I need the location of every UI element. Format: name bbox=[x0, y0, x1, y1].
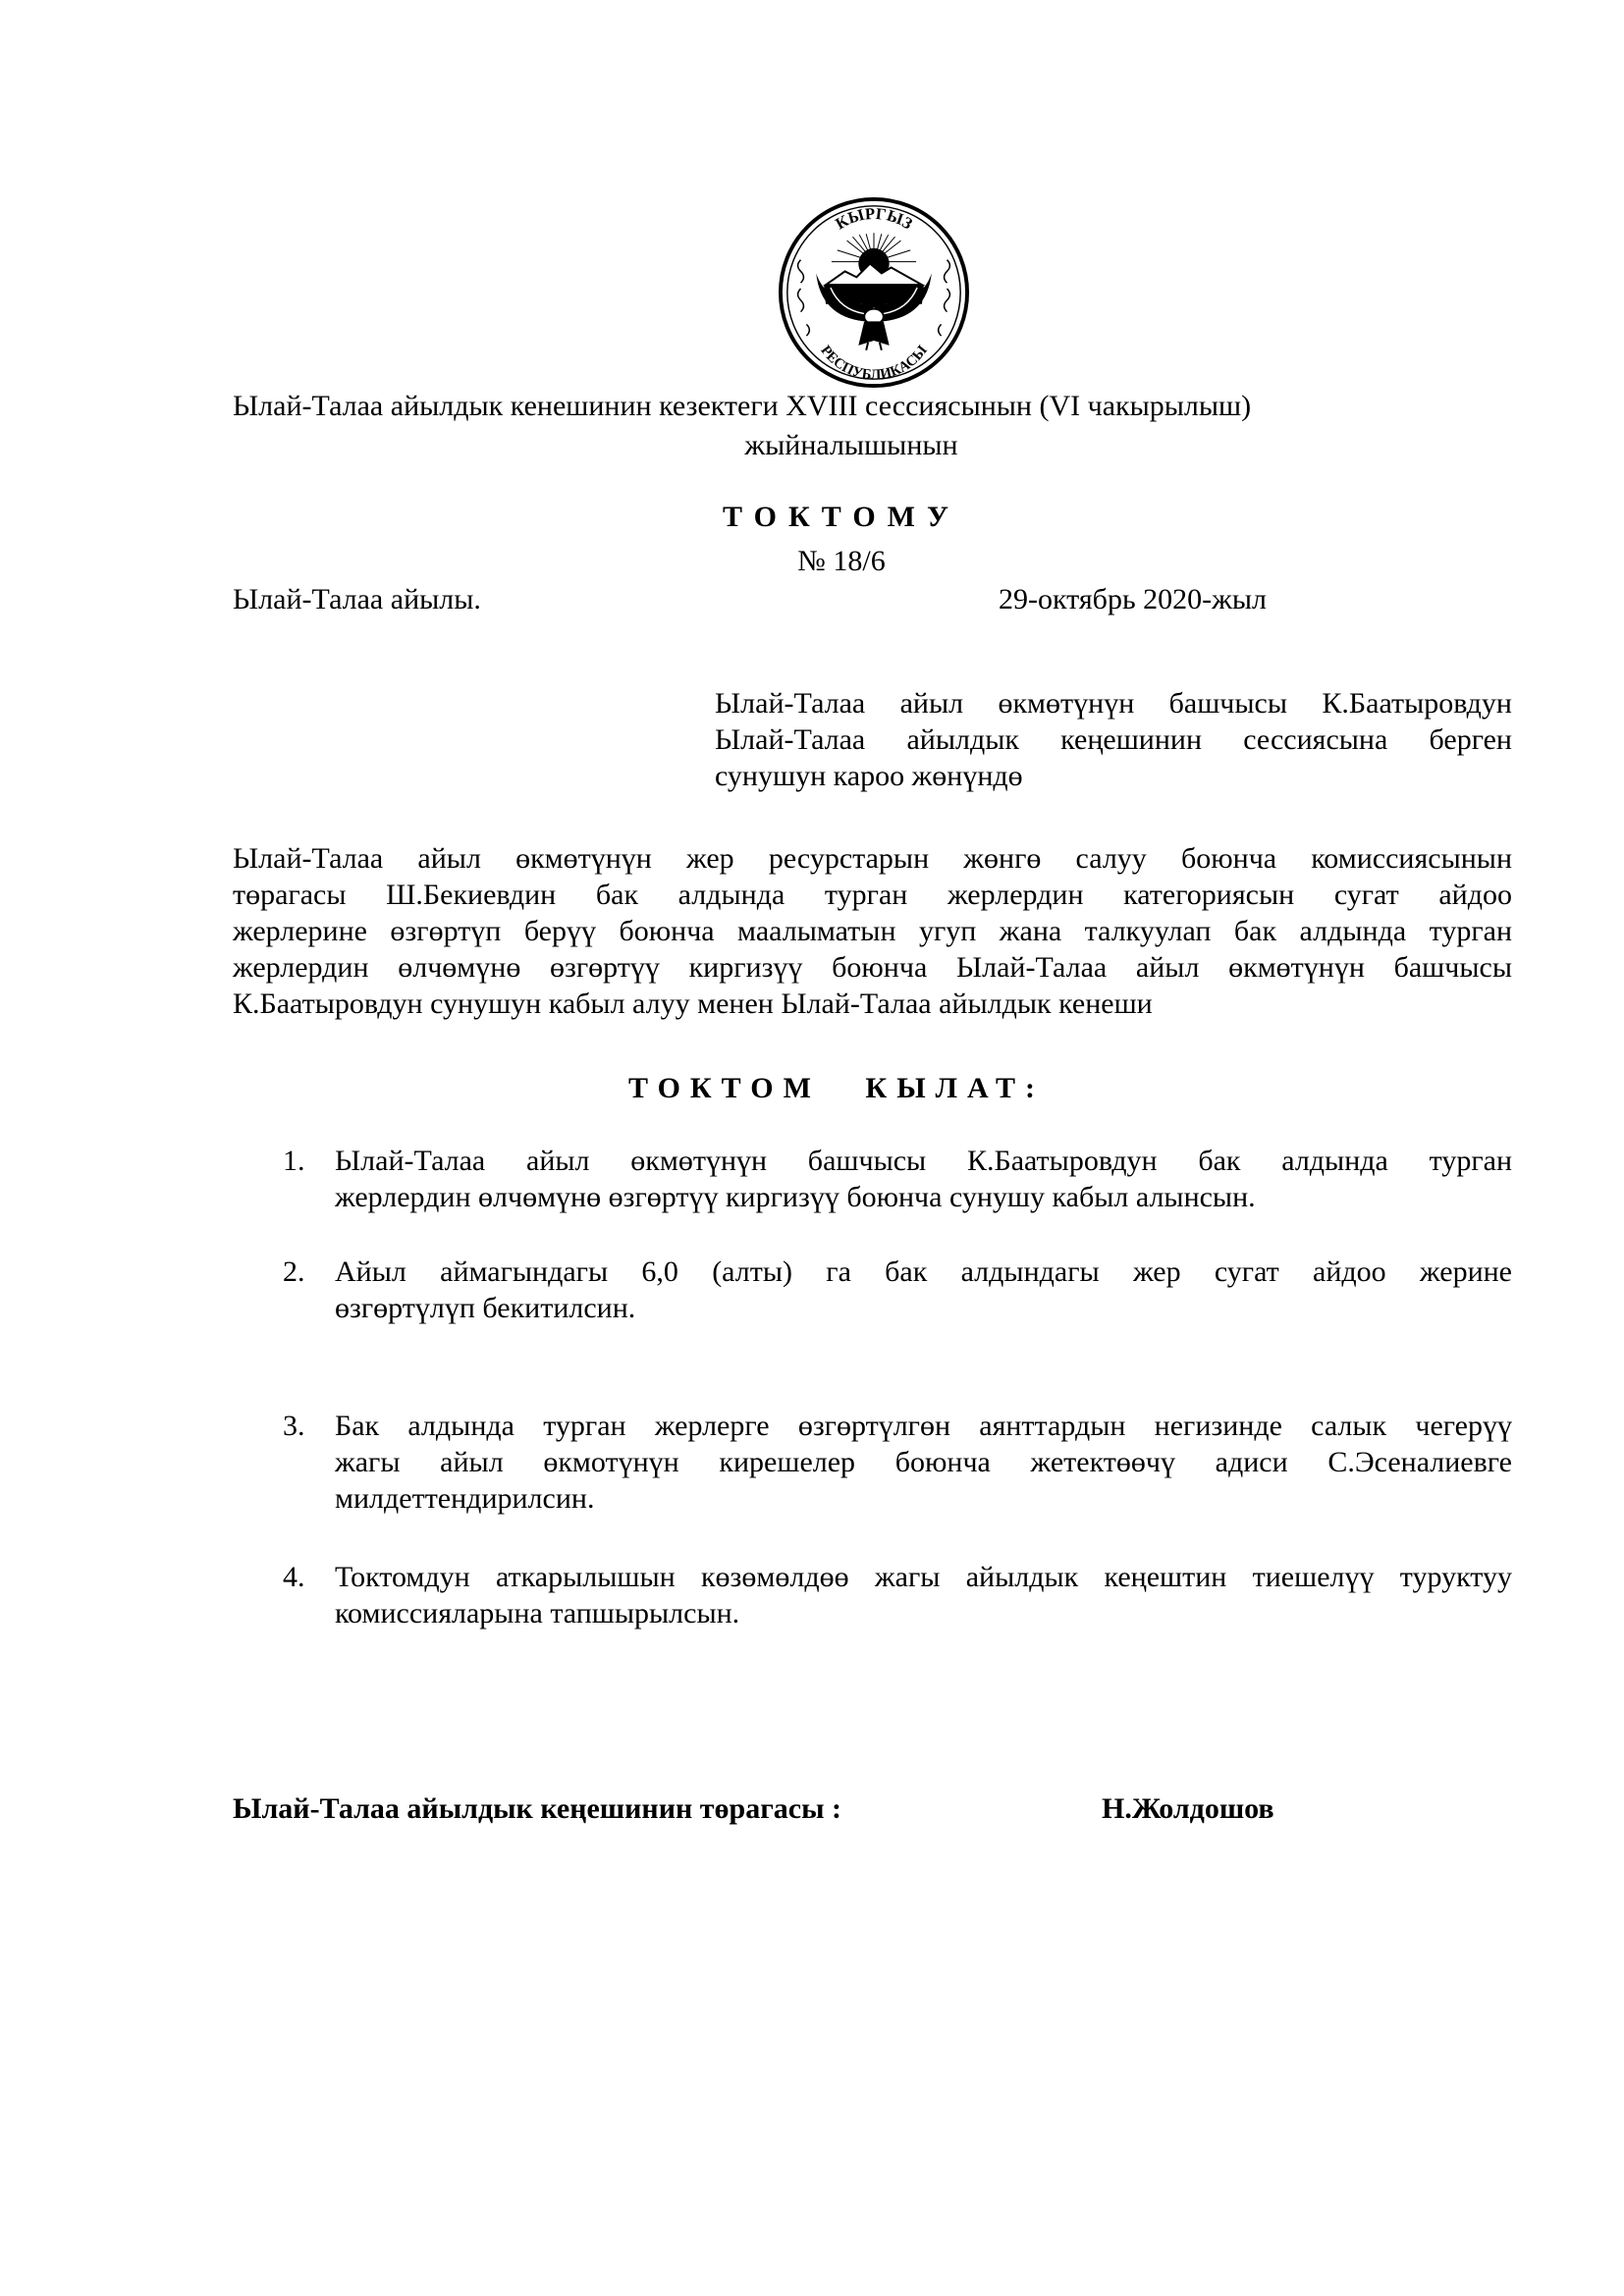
item-line: милдеттендирилсин. bbox=[335, 1480, 1512, 1517]
resolution-item: 1. Ылай-Талаа айыл өкмөтүнүн башчысы К.Б… bbox=[283, 1143, 1512, 1215]
signature-label: Ылай-Талаа айылдык кеңешинин төрагасы : bbox=[233, 1792, 841, 1826]
signature-name: Н.Жолдошов bbox=[1102, 1792, 1274, 1826]
item-number: 2. bbox=[283, 1254, 305, 1290]
document-date: 29-октябрь 2020-жыл bbox=[999, 582, 1267, 617]
document-title: ТОКТОМУ bbox=[0, 501, 1624, 534]
resolve-heading: ТОКТОМ КЫЛАТ: bbox=[0, 1072, 1624, 1105]
item-number: 1. bbox=[283, 1143, 305, 1179]
header-line-2: жыйналышынын bbox=[0, 428, 1624, 463]
svg-text:КЫРГЫЗ: КЫРГЫЗ bbox=[833, 204, 916, 234]
item-number: 4. bbox=[283, 1559, 305, 1595]
item-line: Айыл аймагындагы 6,0 (алты) га бак алдын… bbox=[335, 1254, 1512, 1290]
item-line: Бак алдында турган жерлерге өзгөртүлгөн … bbox=[335, 1408, 1512, 1444]
preamble-line: төрагасы Ш.Бекиевдин бак алдында турган … bbox=[233, 877, 1512, 913]
kyrgyz-republic-coat-of-arms-icon: КЫРГЫЗ РЕСПУБЛИКАСЫ bbox=[778, 196, 970, 389]
resolution-item: 4. Токтомдун аткарылышын көзөмөлдөө жагы… bbox=[283, 1559, 1512, 1631]
item-line: комиссияларына тапшырылсын. bbox=[335, 1595, 1512, 1631]
document-page: КЫРГЫЗ РЕСПУБЛИКАСЫ Ылай-Талаа айылдык к… bbox=[0, 0, 1624, 2296]
item-line: Токтомдун аткарылышын көзөмөлдөө жагы ай… bbox=[335, 1559, 1512, 1595]
header-line-1: Ылай-Талаа айылдык кенешинин кезектеги X… bbox=[233, 389, 1251, 424]
item-number: 3. bbox=[283, 1408, 305, 1444]
document-place: Ылай-Талаа айылы. bbox=[233, 582, 481, 617]
document-number: № 18/6 bbox=[0, 544, 1624, 579]
preamble-line: Ылай-Талаа айыл өкмөтүнүн жер ресурстары… bbox=[233, 840, 1512, 877]
preamble-line: жерлерине өзгөртүп берүү боюнча маалымат… bbox=[233, 913, 1512, 949]
subject-line: Ылай-Талаа айылдык кеңешинин сессиясына … bbox=[715, 721, 1512, 758]
preamble-line: К.Баатыровдун сунушун кабыл алуу менен Ы… bbox=[233, 986, 1512, 1022]
item-line: жагы айыл өкмотүнүн кирешелер боюнча жет… bbox=[335, 1444, 1512, 1480]
item-line: жерлердин өлчөмүнө өзгөртүү киргизүү бою… bbox=[335, 1179, 1512, 1215]
document-subject: Ылай-Талаа айыл өкмөтүнүн башчысы К.Баат… bbox=[715, 685, 1512, 794]
preamble-paragraph: Ылай-Талаа айыл өкмөтүнүн жер ресурстары… bbox=[233, 840, 1512, 1022]
item-line: Ылай-Талаа айыл өкмөтүнүн башчысы К.Баат… bbox=[335, 1143, 1512, 1179]
preamble-line: жерлердин өлчөмүнө өзгөртүү киргизүү бою… bbox=[233, 949, 1512, 986]
resolution-item: 3. Бак алдында турган жерлерге өзгөртүлг… bbox=[283, 1408, 1512, 1517]
resolution-item: 2. Айыл аймагындагы 6,0 (алты) га бак ал… bbox=[283, 1254, 1512, 1326]
item-line: өзгөртүлүп бекитилсин. bbox=[335, 1290, 1512, 1326]
subject-line: Ылай-Талаа айыл өкмөтүнүн башчысы К.Баат… bbox=[715, 685, 1512, 721]
subject-line: сунушун кароо жөнүндө bbox=[715, 758, 1512, 794]
